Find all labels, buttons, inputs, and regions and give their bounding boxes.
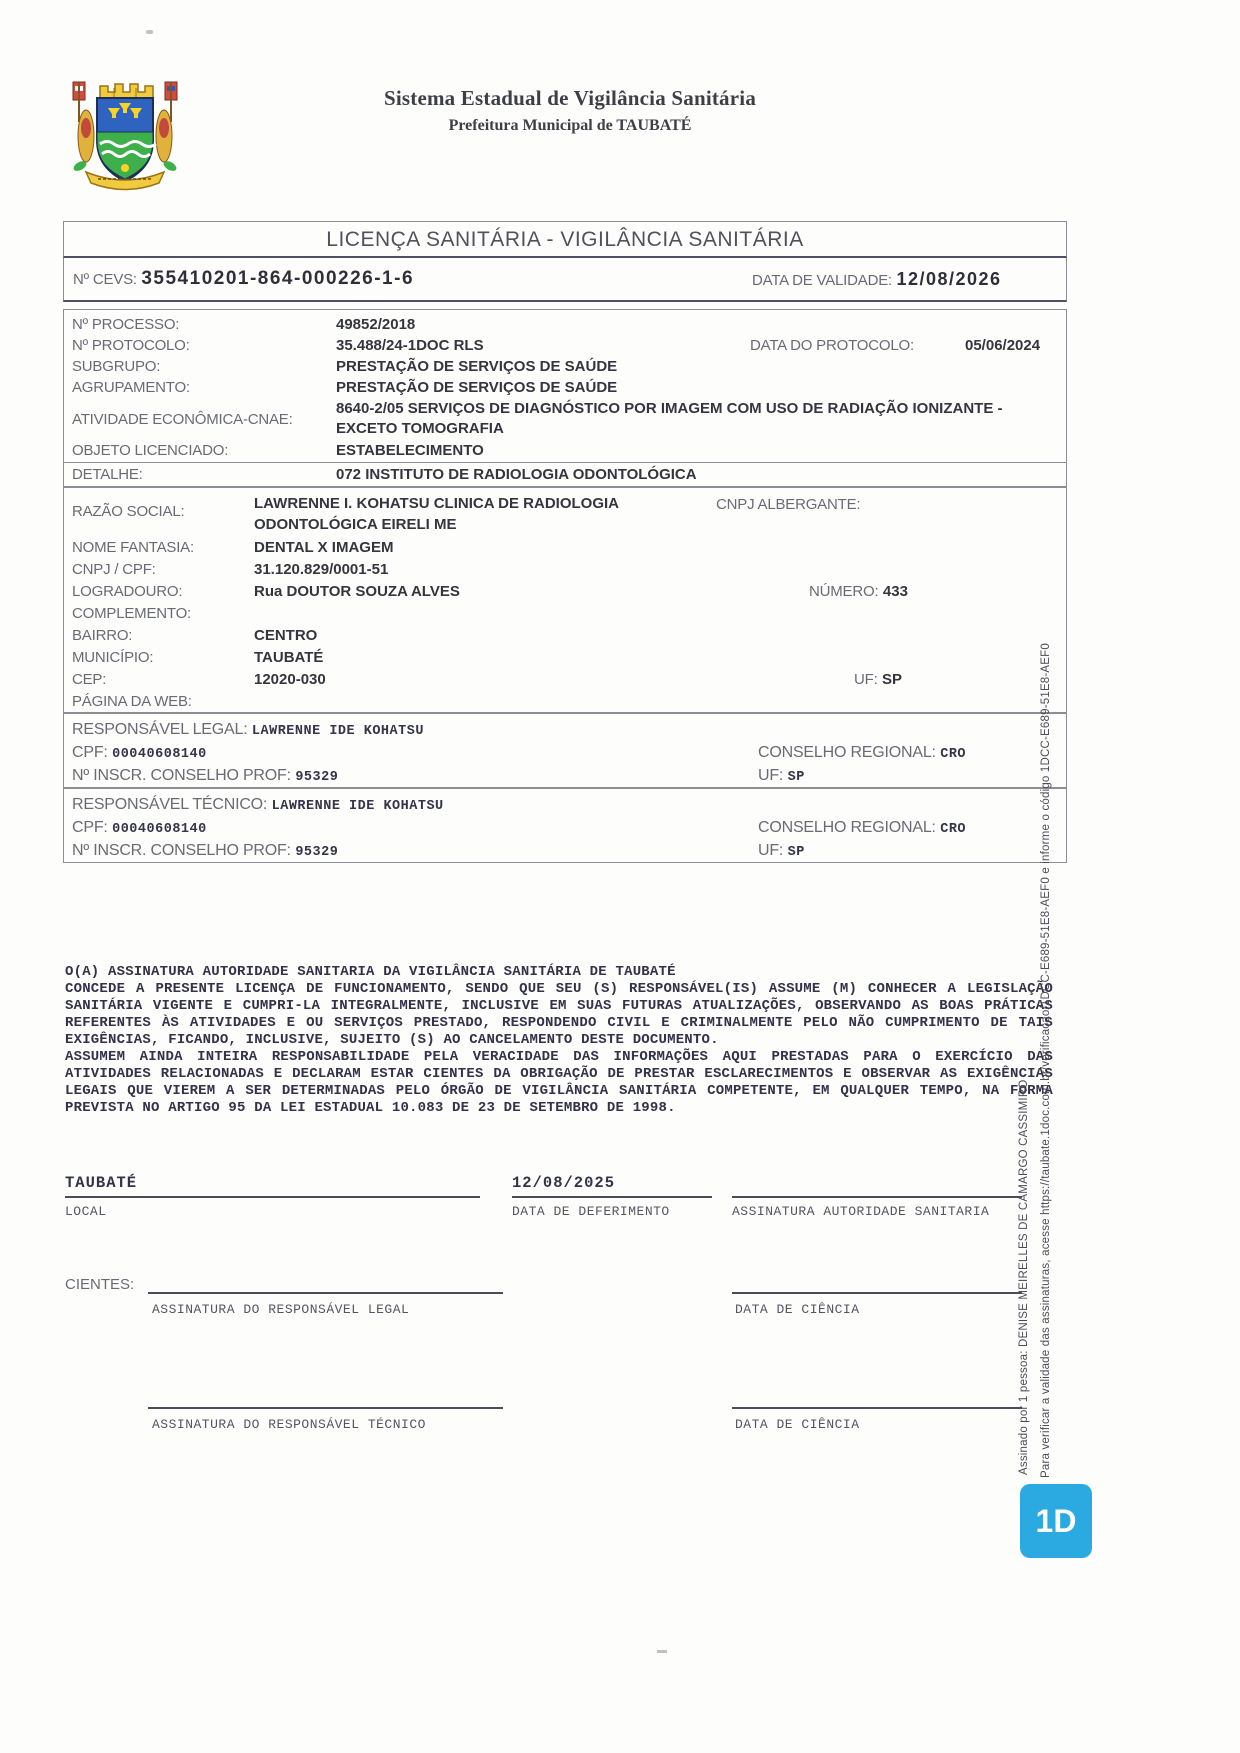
data-ciencia-line-1 [732,1270,1022,1294]
conselho-regional-label: CONSELHO REGIONAL: [758,744,936,761]
razao-social-value: LAWRENNE I. KOHATSU CLINICA DE RADIOLOGI… [254,493,654,537]
cnae-value: 8640-2/05 SERVIÇOS DE DIAGNÓSTICO POR IM… [336,399,1026,439]
field-cnpj-cpf: CNPJ / CPF:31.120.829/0001-51 [72,559,1058,581]
municipality-title: Prefeitura Municipal de TAUBATÉ [320,117,820,135]
field-resp-tecnico-uf: UF: SP [758,839,805,864]
data-protocolo-value: 05/06/2024 [965,335,1040,356]
process-info-box: Nº PROCESSO:49852/2018 Nº PROTOCOLO:35.4… [63,309,1067,462]
numero-label: NÚMERO: [809,583,878,600]
declaration-text: O(A) ASSINATURA AUTORIDADE SANITARIA DA … [65,964,1053,1117]
detalhe-box: DETALHE:072 INSTITUTO DE RADIOLOGIA ODON… [63,462,1067,487]
field-cnae: ATIVIDADE ECONÔMICA-CNAE:8640-2/05 SERVI… [72,398,1058,440]
resp-legal-inscr-value: 95329 [295,770,338,785]
validity-value: 12/08/2026 [896,269,1001,289]
field-resp-tecnico-inscr: Nº INSCR. CONSELHO PROF: 95329 UF: SP [72,839,1058,862]
field-uf: UF: SP [854,669,902,691]
logradouro-value: Rua DOUTOR SOUZA ALVES [254,583,460,600]
declaration-paragraph2: ASSUMEM AINDA INTEIRA RESPONSABILIDADE P… [65,1049,1053,1117]
resp-legal-cpf-label: CPF: [72,744,108,761]
agrupamento-value: PRESTAÇÃO DE SERVIÇOS DE SAÚDE [336,379,617,396]
license-title-box: LICENÇA SANITÁRIA - VIGILÂNCIA SANITÁRIA [63,221,1067,258]
resp-tecnico-label: RESPONSÁVEL TÉCNICO: [72,796,267,813]
field-bairro: BAIRRO:CENTRO [72,625,1058,647]
field-cep: CEP:12020-030 UF: SP [72,669,1058,691]
declaration-line1: O(A) ASSINATURA AUTORIDADE SANITARIA DA … [65,964,1053,981]
field-protocolo: Nº PROTOCOLO:35.488/24-1DOC RLS DATA DO … [72,335,1058,356]
resp-legal-signature-line [148,1270,503,1294]
local-label: LOCAL [65,1204,107,1219]
field-nome-fantasia: NOME FANTASIA:DENTAL X IMAGEM [72,537,1058,559]
conselho-regional-value: CRO [940,747,966,762]
protocolo-label: Nº PROTOCOLO: [72,335,336,356]
field-resp-legal-nome: RESPONSÁVEL LEGAL: LAWRENNE IDE KOHATSU [72,718,1058,741]
bairro-label: BAIRRO: [72,625,254,647]
cep-value: 12020-030 [254,671,326,688]
verification-vertical-text: Para verificar a validade das assinatura… [1040,643,1052,1478]
resp-legal-label: RESPONSÁVEL LEGAL: [72,721,247,738]
resp-legal-signature-label: ASSINATURA DO RESPONSÁVEL LEGAL [152,1302,409,1317]
municipio-label: MUNICÍPIO: [72,647,254,669]
resp-tecnico-signature-label: ASSINATURA DO RESPONSÁVEL TÉCNICO [152,1417,426,1432]
cevs-box: Nº CEVS: 355410201-864-000226-1-6 DATA D… [63,258,1067,302]
field-resp-legal-uf: UF: SP [758,764,805,789]
document-page: Sistema Estadual de Vigilância Sanitária… [0,0,1240,1753]
field-numero: NÚMERO: 433 [809,581,908,603]
system-title: Sistema Estadual de Vigilância Sanitária [320,86,820,111]
local-value: TAUBATÉ [65,1174,137,1192]
field-pagina-web: PÁGINA DA WEB: [72,691,1058,713]
validity-field: DATA DE VALIDADE: 12/08/2026 [752,269,1002,290]
uf-value: SP [882,671,902,688]
detalhe-value: 072 INSTITUTO DE RADIOLOGIA ODONTOLÓGICA [336,466,697,483]
field-subgrupo: SUBGRUPO:PRESTAÇÃO DE SERVIÇOS DE SAÚDE [72,356,1058,377]
agrupamento-label: AGRUPAMENTO: [72,377,336,398]
resp-tecnico-inscr-value: 95329 [295,845,338,860]
resp-tecnico-cpf-value: 00040608140 [112,822,207,837]
field-resp-tecnico-conselho: CONSELHO REGIONAL: CRO [758,816,966,841]
cevs-label: Nº CEVS: [73,271,137,288]
signed-by-vertical-text: Assinado por 1 pessoa: DENISE MEIRELLES … [1018,1080,1030,1475]
numero-value: 433 [883,583,908,600]
establishment-box: RAZÃO SOCIAL: LAWRENNE I. KOHATSU CLINIC… [63,487,1067,713]
cep-label: CEP: [72,669,254,691]
resp-tecnico-signature-line [148,1385,503,1409]
cevs-field: Nº CEVS: 355410201-864-000226-1-6 [73,268,414,290]
document-header: Sistema Estadual de Vigilância Sanitária… [320,86,820,135]
field-agrupamento: AGRUPAMENTO:PRESTAÇÃO DE SERVIÇOS DE SAÚ… [72,377,1058,398]
cnpj-cpf-label: CNPJ / CPF: [72,559,254,581]
resp-legal-uf-value: SP [788,770,805,785]
resp-tecnico-uf-label: UF: [758,842,783,859]
cnpj-albergante-label: CNPJ ALBERGANTE: [716,496,860,513]
declaration-paragraph1: CONCEDE A PRESENTE LICENÇA DE FUNCIONAME… [65,981,1053,1049]
data-ciencia-label-2: DATA DE CIÊNCIA [735,1417,860,1432]
field-resp-tecnico-cpf: CPF: 00040608140 CONSELHO REGIONAL: CRO [72,816,1058,839]
objeto-label: OBJETO LICENCIADO: [72,440,336,461]
responsavel-tecnico-box: RESPONSÁVEL TÉCNICO: LAWRENNE IDE KOHATS… [63,788,1067,863]
taubate-coat-of-arms-icon [64,70,186,192]
resp-tecnico-nome: LAWRENNE IDE KOHATSU [272,799,444,814]
license-title: LICENÇA SANITÁRIA - VIGILÂNCIA SANITÁRIA [64,222,1066,258]
resp-legal-cpf-value: 00040608140 [112,747,207,762]
1doc-logo-icon: 1D [1020,1484,1092,1558]
bairro-value: CENTRO [254,627,317,644]
responsavel-legal-box: RESPONSÁVEL LEGAL: LAWRENNE IDE KOHATSU … [63,713,1067,788]
resp-tecnico-cpf-label: CPF: [72,819,108,836]
conselho-regional-value: CRO [940,822,966,837]
field-resp-legal-conselho: CONSELHO REGIONAL: CRO [758,741,966,766]
1doc-logo-text: 1D [1036,1503,1077,1540]
field-razao-social: RAZÃO SOCIAL: LAWRENNE I. KOHATSU CLINIC… [72,493,1058,537]
deferimento-value: 12/08/2025 [512,1174,615,1192]
protocolo-value: 35.488/24-1DOC RLS [336,337,484,354]
scan-artifact [657,1650,667,1653]
field-objeto: OBJETO LICENCIADO:ESTABELECIMENTO [72,440,1058,461]
razao-social-label: RAZÃO SOCIAL: [72,493,254,537]
deferimento-label: DATA DE DEFERIMENTO [512,1204,670,1219]
resp-tecnico-inscr-label: Nº INSCR. CONSELHO PROF: [72,842,291,859]
uf-label: UF: [854,671,878,688]
autoridade-label: ASSINATURA AUTORIDADE SANITARIA [732,1204,989,1219]
local-signature-line: TAUBATÉ [65,1174,480,1198]
field-complemento: COMPLEMENTO: [72,603,1058,625]
deferimento-line: 12/08/2025 [512,1174,712,1198]
validity-label: DATA DE VALIDADE: [752,272,892,289]
subgrupo-label: SUBGRUPO: [72,356,336,377]
field-logradouro: LOGRADOURO:Rua DOUTOR SOUZA ALVES NÚMERO… [72,581,1058,603]
resp-legal-inscr-label: Nº INSCR. CONSELHO PROF: [72,767,291,784]
autoridade-signature-line [732,1174,1022,1198]
processo-value: 49852/2018 [336,316,415,333]
cevs-number: 355410201-864-000226-1-6 [141,268,414,289]
complemento-label: COMPLEMENTO: [72,603,254,625]
nome-fantasia-label: NOME FANTASIA: [72,537,254,559]
field-municipio: MUNICÍPIO:TAUBATÉ [72,647,1058,669]
scan-artifact [146,30,153,34]
subgrupo-value: PRESTAÇÃO DE SERVIÇOS DE SAÚDE [336,358,617,375]
data-ciencia-label-1: DATA DE CIÊNCIA [735,1302,860,1317]
nome-fantasia-value: DENTAL X IMAGEM [254,539,393,556]
conselho-regional-label: CONSELHO REGIONAL: [758,819,936,836]
logradouro-label: LOGRADOURO: [72,581,254,603]
resp-legal-nome: LAWRENNE IDE KOHATSU [252,724,424,739]
resp-legal-uf-label: UF: [758,767,783,784]
field-resp-legal-cpf: CPF: 00040608140 CONSELHO REGIONAL: CRO [72,741,1058,764]
detalhe-label: DETALHE: [72,463,336,487]
cientes-label: CIENTES: [65,1276,134,1293]
cnae-label: ATIVIDADE ECONÔMICA-CNAE: [72,411,336,428]
data-protocolo-label: DATA DO PROTOCOLO: [750,335,914,356]
processo-label: Nº PROCESSO: [72,314,336,335]
pagina-web-label: PÁGINA DA WEB: [72,691,254,713]
data-ciencia-line-2 [732,1385,1022,1409]
cnpj-cpf-value: 31.120.829/0001-51 [254,561,388,578]
field-resp-legal-inscr: Nº INSCR. CONSELHO PROF: 95329 UF: SP [72,764,1058,787]
field-processo: Nº PROCESSO:49852/2018 [72,314,1058,335]
objeto-value: ESTABELECIMENTO [336,442,484,459]
field-resp-tecnico-nome: RESPONSÁVEL TÉCNICO: LAWRENNE IDE KOHATS… [72,793,1058,816]
resp-tecnico-uf-value: SP [788,845,805,860]
municipio-value: TAUBATÉ [254,649,323,666]
